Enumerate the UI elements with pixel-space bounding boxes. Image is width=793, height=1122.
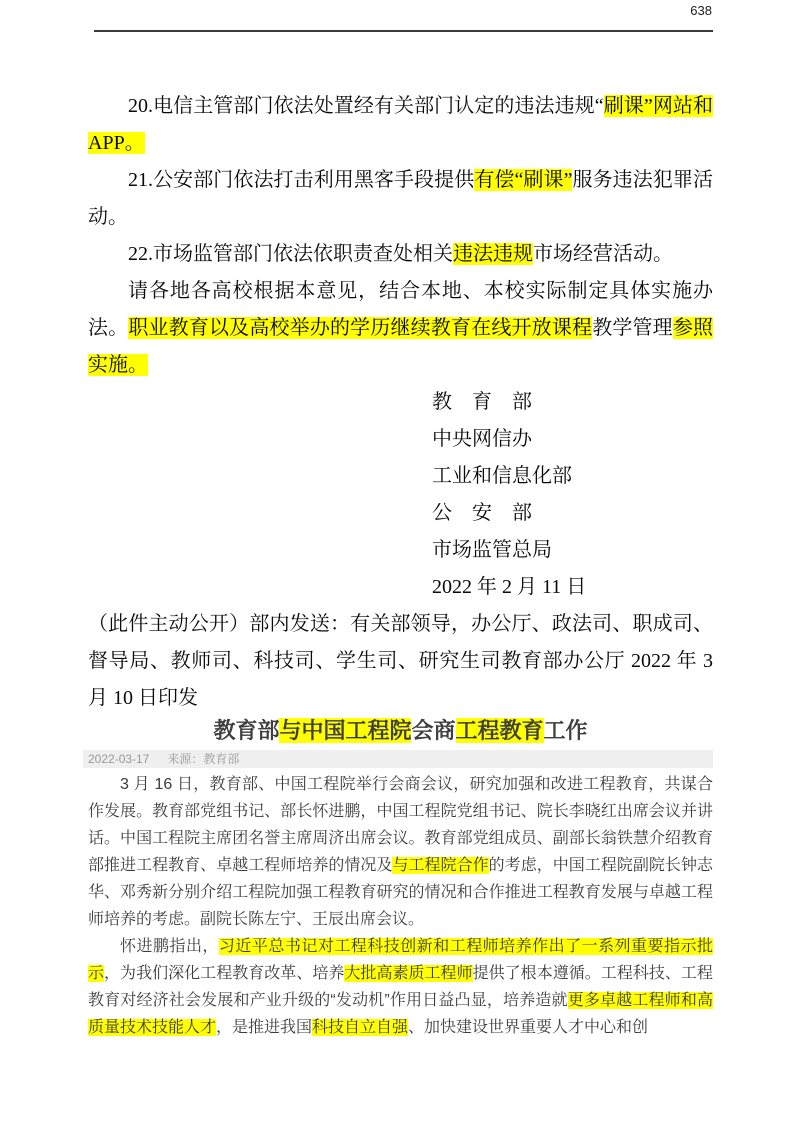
highlighted-text: 有偿“刷课”	[474, 169, 572, 191]
text-run: 21.公安部门依法打击利用黑客手段提供	[128, 169, 474, 191]
article-meta: 2022-03-17来源：教育部	[83, 750, 713, 768]
article-source: 教育部	[203, 752, 239, 766]
article-source-label: 来源：	[167, 752, 203, 766]
text-run: 20.电信主管部门依法处置经有关部门认定的违法违规“	[128, 95, 604, 117]
highlighted-text: 科技自立自强	[312, 1019, 408, 1036]
signature-date: 2022 年 2 月 11 日	[432, 569, 713, 606]
doc-paragraph-21: 21.公安部门依法打击利用黑客手段提供有偿“刷课”服务违法犯罪活动。	[88, 162, 713, 236]
signature-line-cac: 中央网信办	[432, 421, 713, 458]
doc-paragraph-22: 22.市场监管部门依法依职责查处相关违法违规市场经营活动。	[88, 236, 713, 273]
text-run: 会商	[411, 718, 455, 743]
text-run: ，为我们深化工程教育改革、培养	[104, 965, 344, 982]
article-section: 教育部与中国工程院会商工程教育工作 2022-03-17来源：教育部 3 月 1…	[88, 716, 713, 1041]
article-body: 3 月 16 日，教育部、中国工程院举行会商会议，研究加强和改进工程教育，共谋合…	[88, 771, 713, 1041]
document-section: 20.电信主管部门依法处置经有关部门认定的违法违规“刷课”网站和APP。 21.…	[88, 88, 713, 717]
distribution-note: （此件主动公开）部内发送：有关部领导，办公厅、政法司、职成司、督导局、教师司、科…	[88, 606, 713, 717]
doc-paragraph-20: 20.电信主管部门依法处置经有关部门认定的违法违规“刷课”网站和APP。	[88, 88, 713, 162]
highlighted-text: 与工程院合作	[392, 857, 488, 874]
article-paragraph-1: 3 月 16 日，教育部、中国工程院举行会商会议，研究加强和改进工程教育，共谋合…	[88, 771, 713, 933]
highlighted-text: 工程教育	[456, 718, 544, 743]
text-run: 工作	[544, 718, 588, 743]
doc-paragraph-implementation: 请各地各高校根据本意见，结合本地、本校实际制定具体实施办法。职业教育以及高校举办…	[88, 273, 713, 384]
signature-block: 教 育 部 中央网信办 工业和信息化部 公 安 部 市场监管总局 2022 年 …	[432, 384, 713, 606]
text-run: 教育部	[213, 718, 279, 743]
header-rule	[94, 30, 713, 32]
highlighted-text: 大批高素质工程师	[344, 965, 472, 982]
signature-line-moe: 教 育 部	[432, 384, 713, 421]
signature-line-miit: 工业和信息化部	[432, 458, 713, 495]
text-run: ，是推进我国	[216, 1019, 312, 1036]
signature-line-mps: 公 安 部	[432, 495, 713, 532]
page-number: 638	[690, 3, 712, 18]
highlighted-text: 违法违规	[453, 243, 533, 265]
text-run: 教学管理	[592, 317, 673, 339]
article-date: 2022-03-17	[88, 752, 149, 766]
text-run: 市场经营活动。	[533, 243, 673, 265]
text-run: 、加快建设世界重要人才中心和创	[408, 1019, 648, 1036]
text-run: 怀进鹏指出，	[120, 938, 219, 955]
article-paragraph-2: 怀进鹏指出，习近平总书记对工程科技创新和工程师培养作出了一系列重要指示批示，为我…	[88, 933, 713, 1041]
article-title: 教育部与中国工程院会商工程教育工作	[88, 716, 713, 746]
document-page: 638 20.电信主管部门依法处置经有关部门认定的违法违规“刷课”网站和APP。…	[0, 0, 793, 1122]
highlighted-text: 与中国工程院	[279, 718, 411, 743]
signature-line-samr: 市场监管总局	[432, 532, 713, 569]
text-run: 22.市场监管部门依法依职责查处相关	[128, 243, 453, 265]
highlighted-text: 职业教育以及高校举办的学历继续教育在线开放课程	[128, 317, 592, 339]
